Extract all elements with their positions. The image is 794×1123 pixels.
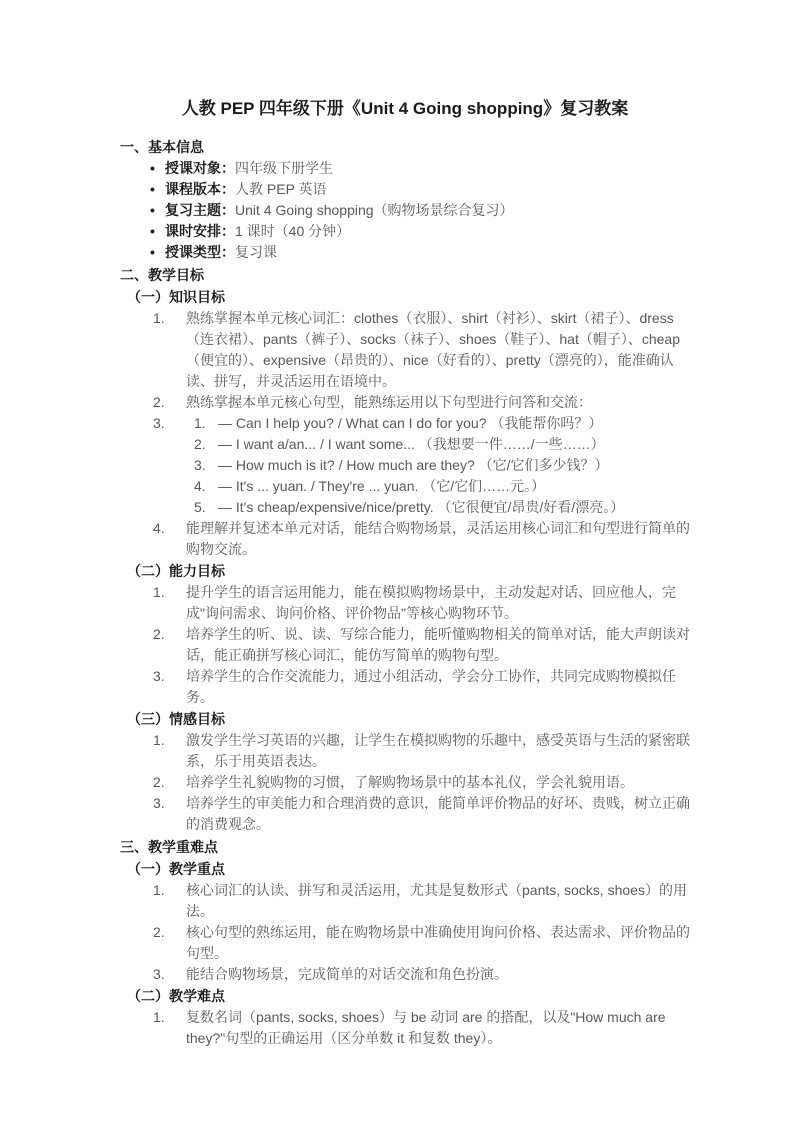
list-item: 复习主题：Unit 4 Going shopping（购物场景综合复习）	[120, 200, 690, 221]
numbered-item: 能理解并复述本单元对话，能结合购物场景，灵活运用核心词汇和句型进行简单的购物交流…	[120, 518, 690, 560]
item-text: 熟练掌握本单元核心词汇：clothes（衣服）、shirt（衬衫）、skirt（…	[186, 310, 680, 389]
subsection-heading-emotion: （三）情感目标	[120, 709, 690, 730]
list-item: 课时安排：1 课时（40 分钟）	[120, 221, 690, 242]
section-heading-keypoints: 三、教学重难点	[120, 837, 690, 858]
info-value: 四年级下册学生	[235, 160, 333, 176]
sentence-item: — It's ... yuan. / They're ... yuan. （它/…	[120, 476, 690, 497]
subsection-heading-difficulty: （二）教学难点	[120, 986, 690, 1007]
emotion-objectives-list: 激发学生学习英语的兴趣，让学生在模拟购物的乐趣中，感受英语与生活的紧密联系，乐于…	[120, 730, 690, 835]
sentence-item: — Can I help you? / What can I do for yo…	[120, 413, 690, 434]
numbered-item: 核心句型的熟练运用，能在购物场景中准确使用询问价格、表达需求、评价物品的句型。	[120, 922, 690, 964]
numbered-item: 复数名词（pants, socks, shoes）与 be 动词 are 的搭配…	[120, 1007, 690, 1049]
item-text: — How much is it? / How much are they? （…	[218, 457, 609, 473]
numbered-item: 培养学生的合作交流能力，通过小组活动，学会分工协作，共同完成购物模拟任务。	[120, 666, 690, 708]
numbered-item: 熟练掌握本单元核心句型，能熟练运用以下句型进行问答和交流：	[120, 392, 690, 413]
list-item: 课程版本：人教 PEP 英语	[120, 179, 690, 200]
info-value: 1 课时（40 分钟）	[235, 223, 350, 239]
sentence-patterns-list: — Can I help you? / What can I do for yo…	[120, 413, 690, 518]
item-text: 能理解并复述本单元对话，能结合购物场景，灵活运用核心词汇和句型进行简单的购物交流…	[186, 520, 690, 557]
numbered-item: 能结合购物场景，完成简单的对话交流和角色扮演。	[120, 964, 690, 985]
section-heading-basic-info: 一、基本信息	[120, 137, 690, 158]
item-text: — Can I help you? / What can I do for yo…	[218, 415, 602, 431]
sentence-item: — It's cheap/expensive/nice/pretty. （它很便…	[120, 497, 690, 518]
numbered-item: 核心词汇的认读、拼写和灵活运用，尤其是复数形式（pants, socks, sh…	[120, 880, 690, 922]
item-text: 培养学生的合作交流能力，通过小组活动，学会分工协作，共同完成购物模拟任务。	[186, 668, 676, 705]
item-text: 能结合购物场景，完成简单的对话交流和角色扮演。	[186, 966, 508, 982]
info-value: 人教 PEP 英语	[235, 181, 327, 197]
sentence-item: — I want a/an... / I want some... （我想要一件…	[120, 434, 690, 455]
subsection-heading-focus: （一）教学重点	[120, 859, 690, 880]
sentence-item: — How much is it? / How much are they? （…	[120, 455, 690, 476]
info-value: 复习课	[235, 244, 277, 260]
info-label: 授课类型：	[165, 244, 235, 260]
basic-info-list: 授课对象：四年级下册学生 课程版本：人教 PEP 英语 复习主题：Unit 4 …	[120, 158, 690, 263]
info-label: 课程版本：	[165, 181, 235, 197]
info-label: 复习主题：	[165, 202, 235, 218]
info-value: Unit 4 Going shopping（购物场景综合复习）	[235, 202, 514, 218]
info-label: 课时安排：	[165, 223, 235, 239]
numbered-item: 培养学生礼貌购物的习惯，了解购物场景中的基本礼仪，学会礼貌用语。	[120, 772, 690, 793]
item-text: 激发学生学习英语的兴趣，让学生在模拟购物的乐趣中，感受英语与生活的紧密联系，乐于…	[186, 732, 690, 769]
knowledge-objectives-list: 熟练掌握本单元核心词汇：clothes（衣服）、shirt（衬衫）、skirt（…	[120, 308, 690, 560]
item-text: 培养学生的审美能力和合理消费的意识，能简单评价物品的好坏、贵贱，树立正确的消费观…	[186, 795, 690, 832]
subsection-heading-knowledge: （一）知识目标	[120, 287, 690, 308]
section-heading-objectives: 二、教学目标	[120, 265, 690, 286]
numbered-item: 培养学生的听、说、读、写综合能力，能听懂购物相关的简单对话，能大声朗读对话，能正…	[120, 624, 690, 666]
document-title: 人教 PEP 四年级下册《Unit 4 Going shopping》复习教案	[120, 96, 690, 122]
item-text: 核心句型的熟练运用，能在购物场景中准确使用询问价格、表达需求、评价物品的句型。	[186, 924, 690, 961]
list-item: 授课对象：四年级下册学生	[120, 158, 690, 179]
document-page: 人教 PEP 四年级下册《Unit 4 Going shopping》复习教案 …	[0, 0, 794, 1123]
item-text: 熟练掌握本单元核心句型，能熟练运用以下句型进行问答和交流：	[186, 394, 592, 410]
numbered-item: — Can I help you? / What can I do for yo…	[120, 413, 690, 518]
item-text: — I want a/an... / I want some... （我想要一件…	[218, 436, 605, 452]
numbered-item: 熟练掌握本单元核心词汇：clothes（衣服）、shirt（衬衫）、skirt（…	[120, 308, 690, 392]
item-text: — It's cheap/expensive/nice/pretty. （它很便…	[218, 499, 624, 515]
ability-objectives-list: 提升学生的语言运用能力，能在模拟购物场景中，主动发起对话、回应他人，完成"询问需…	[120, 582, 690, 708]
item-text: 培养学生礼貌购物的习惯，了解购物场景中的基本礼仪，学会礼貌用语。	[186, 774, 634, 790]
numbered-item: 激发学生学习英语的兴趣，让学生在模拟购物的乐趣中，感受英语与生活的紧密联系，乐于…	[120, 730, 690, 772]
teaching-difficulty-list: 复数名词（pants, socks, shoes）与 be 动词 are 的搭配…	[120, 1007, 690, 1049]
item-text: 复数名词（pants, socks, shoes）与 be 动词 are 的搭配…	[186, 1009, 666, 1046]
item-text: 提升学生的语言运用能力，能在模拟购物场景中，主动发起对话、回应他人，完成"询问需…	[186, 584, 676, 621]
teaching-focus-list: 核心词汇的认读、拼写和灵活运用，尤其是复数形式（pants, socks, sh…	[120, 880, 690, 985]
item-text: 培养学生的听、说、读、写综合能力，能听懂购物相关的简单对话，能大声朗读对话，能正…	[186, 626, 690, 663]
numbered-item: 提升学生的语言运用能力，能在模拟购物场景中，主动发起对话、回应他人，完成"询问需…	[120, 582, 690, 624]
item-text: 核心词汇的认读、拼写和灵活运用，尤其是复数形式（pants, socks, sh…	[186, 882, 687, 919]
numbered-item: 培养学生的审美能力和合理消费的意识，能简单评价物品的好坏、贵贱，树立正确的消费观…	[120, 793, 690, 835]
subsection-heading-ability: （二）能力目标	[120, 561, 690, 582]
info-label: 授课对象：	[165, 160, 235, 176]
list-item: 授课类型：复习课	[120, 242, 690, 263]
item-text: — It's ... yuan. / They're ... yuan. （它/…	[218, 478, 545, 494]
